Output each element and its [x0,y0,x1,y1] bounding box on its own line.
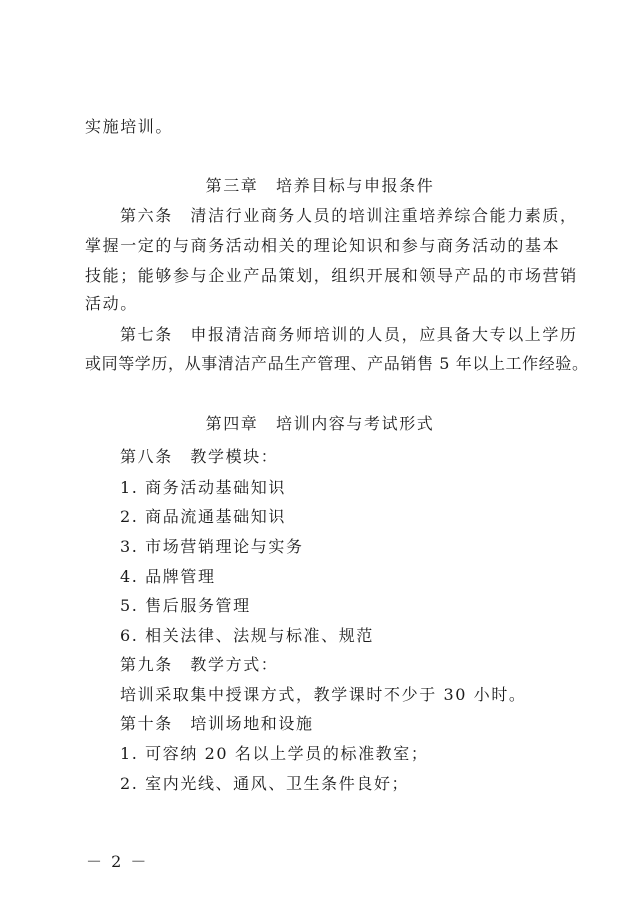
list-item: 6. 相关法律、法规与标准、规范 [120,626,600,646]
paragraph-continuation: 实施培训。 [85,117,565,137]
article-6-line: 掌握一定的与商务活动相关的理论知识和参与商务活动的基本 [85,236,565,256]
article-6-line: 技能；能够参与企业产品策划，组织开展和领导产品的市场营销 [85,266,565,286]
list-item: 1. 可容纳 20 名以上学员的标准教室； [120,744,600,764]
article-10-heading: 第十条 培训场地和设施 [120,714,600,734]
chapter-heading: 第三章 培养目标与申报条件 [0,176,640,196]
article-9-body: 培训采取集中授课方式，教学课时不少于 30 小时。 [120,685,600,705]
chapter-heading: 第四章 培训内容与考试形式 [0,414,640,434]
list-item: 2. 商品流通基础知识 [120,507,600,527]
article-7-line: 第七条 申报清洁商务师培训的人员，应具备大专以上学历 [120,325,600,345]
page-number: － 2 － [86,852,148,872]
article-7-line: 或同等学历，从事清洁产品生产管理、产品销售 5 年以上工作经验。 [85,354,565,374]
list-item: 1. 商务活动基础知识 [120,478,600,498]
list-item: 3. 市场营销理论与实务 [120,537,600,557]
list-item: 4. 品牌管理 [120,567,600,587]
list-item: 5. 售后服务管理 [120,596,600,616]
article-6-line: 活动。 [85,294,565,314]
article-6-line: 第六条 清洁行业商务人员的培训注重培养综合能力素质， [120,206,600,226]
article-8-heading: 第八条 教学模块： [120,447,600,467]
list-item: 2. 室内光线、通风、卫生条件良好； [120,774,600,794]
article-9-heading: 第九条 教学方式： [120,655,600,675]
